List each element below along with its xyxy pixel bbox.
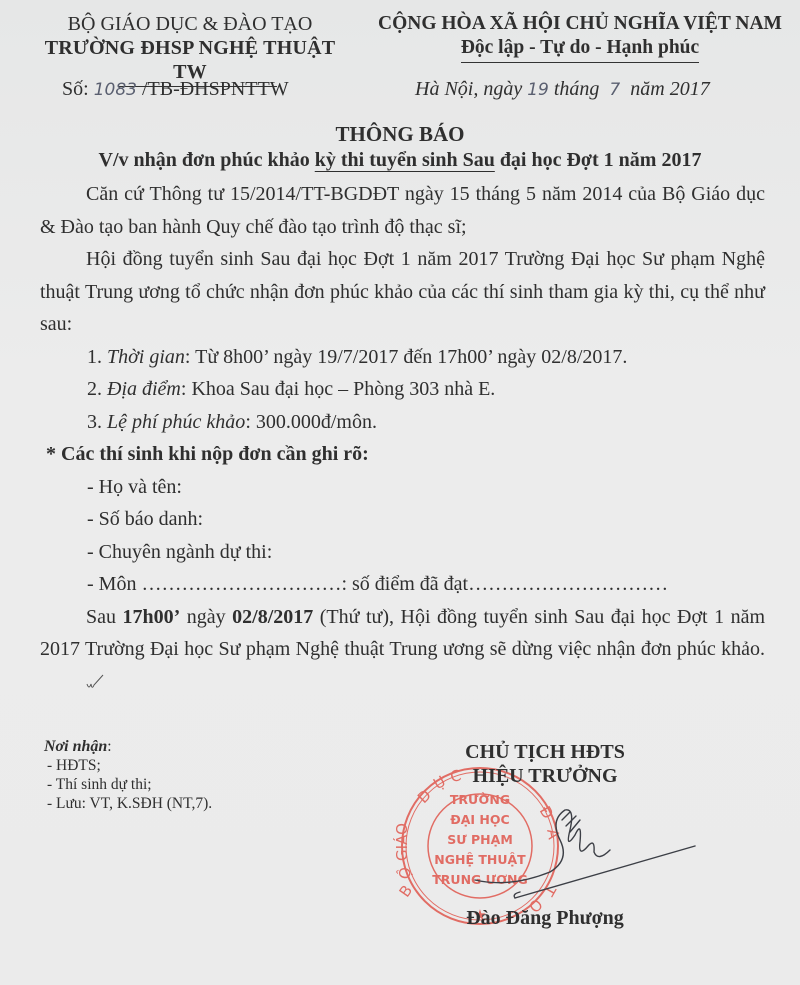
place-date: Hà Nội, ngày 19 tháng 7 năm 2017 — [415, 76, 710, 103]
signatory-title-line2: HIỆU TRƯỞNG — [430, 764, 660, 788]
national-motto: Độc lập - Tự do - Hạnh phúc — [360, 36, 800, 60]
svg-text:D: D — [414, 786, 435, 807]
year-label: năm 2017 — [630, 78, 709, 100]
subtitle-post: đại học Đợt 1 năm 2017 — [495, 149, 702, 171]
closing-date: 02/8/2017 — [232, 606, 313, 628]
initial-checkmark-icon — [40, 670, 60, 686]
item-value: : Khoa Sau đại học – Phòng 303 nhà E. — [181, 378, 495, 400]
closing-pre: Sau — [86, 606, 123, 628]
month-label: tháng — [554, 78, 600, 100]
document-number: Số: 1083 /TB-ĐHSPNTTW — [62, 76, 289, 103]
recipients-heading: Nơi nhận — [44, 738, 107, 755]
day-handwritten: 19 — [527, 80, 549, 100]
doc-number-suffix: /TB-ĐHSPNTTW — [142, 78, 289, 100]
nation-name: CỘNG HÒA XÃ HỘI CHỦ NGHĨA VIỆT NAM — [360, 12, 800, 36]
subtitle-underlined: kỳ thi tuyển sinh Sau — [315, 149, 495, 171]
paragraph-closing: Sau 17h00’ ngày 02/8/2017 (Thứ tư), Hội … — [40, 601, 765, 699]
place-prefix: Hà Nội, ngày — [415, 78, 522, 100]
ministry-name: BỘ GIÁO DỤC & ĐÀO TẠO — [40, 12, 340, 36]
list-item-fee: 3. Lệ phí phúc khảo: 300.000đ/môn. — [40, 406, 765, 439]
item-label: Địa điểm — [107, 378, 181, 400]
item-value: : 300.000đ/môn. — [245, 411, 377, 433]
required-info-heading: * Các thí sinh khi nộp đơn cần ghi rõ: — [40, 438, 765, 471]
recipients-block: Nơi nhận: - HĐTS; - Thí sinh dự thi; - L… — [44, 737, 212, 813]
item-label: Lệ phí phúc khảo — [107, 411, 245, 433]
doc-number-label: Số: — [62, 78, 89, 100]
item-number: 3. — [87, 411, 102, 433]
recipient-item: - HĐTS; — [44, 756, 212, 775]
required-field: - Môn …………………………: số điểm đã đạt……………………… — [40, 568, 765, 601]
svg-text:Ộ: Ộ — [394, 866, 415, 881]
subtitle-pre: V/v nhận đơn phúc khảo — [99, 149, 315, 171]
item-number: 1. — [87, 346, 102, 368]
required-field: - Số báo danh: — [40, 503, 765, 536]
item-label: Thời gian — [107, 346, 185, 368]
header-right-rule — [461, 62, 699, 63]
list-item-time: 1. Thời gian: Từ 8h00’ ngày 19/7/2017 đế… — [40, 341, 765, 374]
item-number: 2. — [87, 378, 102, 400]
closing-mid: ngày — [180, 606, 232, 628]
list-item-location: 2. Địa điểm: Khoa Sau đại học – Phòng 30… — [40, 373, 765, 406]
recipients-colon: : — [107, 738, 111, 755]
recipient-item: - Thí sinh dự thi; — [44, 775, 212, 794]
signer-name: Đào Đăng Phượng — [430, 906, 660, 930]
document-subtitle: V/v nhận đơn phúc khảo kỳ thi tuyển sinh… — [0, 147, 800, 173]
month-handwritten: 7 — [609, 80, 620, 100]
paragraph-legal-basis: Căn cứ Thông tư 15/2014/TT-BGDĐT ngày 15… — [40, 178, 765, 243]
paragraph-announcement: Hội đồng tuyển sinh Sau đại học Đợt 1 nă… — [40, 243, 765, 341]
closing-time: 17h00’ — [123, 606, 181, 628]
signatory-title-line1: CHỦ TỊCH HĐTS — [430, 740, 660, 764]
svg-text:GIÁO: GIÁO — [392, 823, 411, 861]
item-value: : Từ 8h00’ ngày 19/7/2017 đến 17h00’ ngà… — [185, 346, 627, 368]
required-field: - Họ và tên: — [40, 471, 765, 504]
recipient-item: - Lưu: VT, K.SĐH (NT,7). — [44, 794, 212, 813]
signatory-title: CHỦ TỊCH HĐTS HIỆU TRƯỞNG — [430, 740, 660, 788]
doc-number-handwritten: 1083 — [94, 80, 137, 100]
required-field: - Chuyên ngành dự thi: — [40, 536, 765, 569]
national-header: CỘNG HÒA XÃ HỘI CHỦ NGHĨA VIỆT NAM Độc l… — [360, 12, 800, 63]
document-body: Căn cứ Thông tư 15/2014/TT-BGDĐT ngày 15… — [40, 178, 765, 698]
handwritten-signature — [470, 780, 700, 920]
document-title: THÔNG BÁO — [0, 121, 800, 147]
